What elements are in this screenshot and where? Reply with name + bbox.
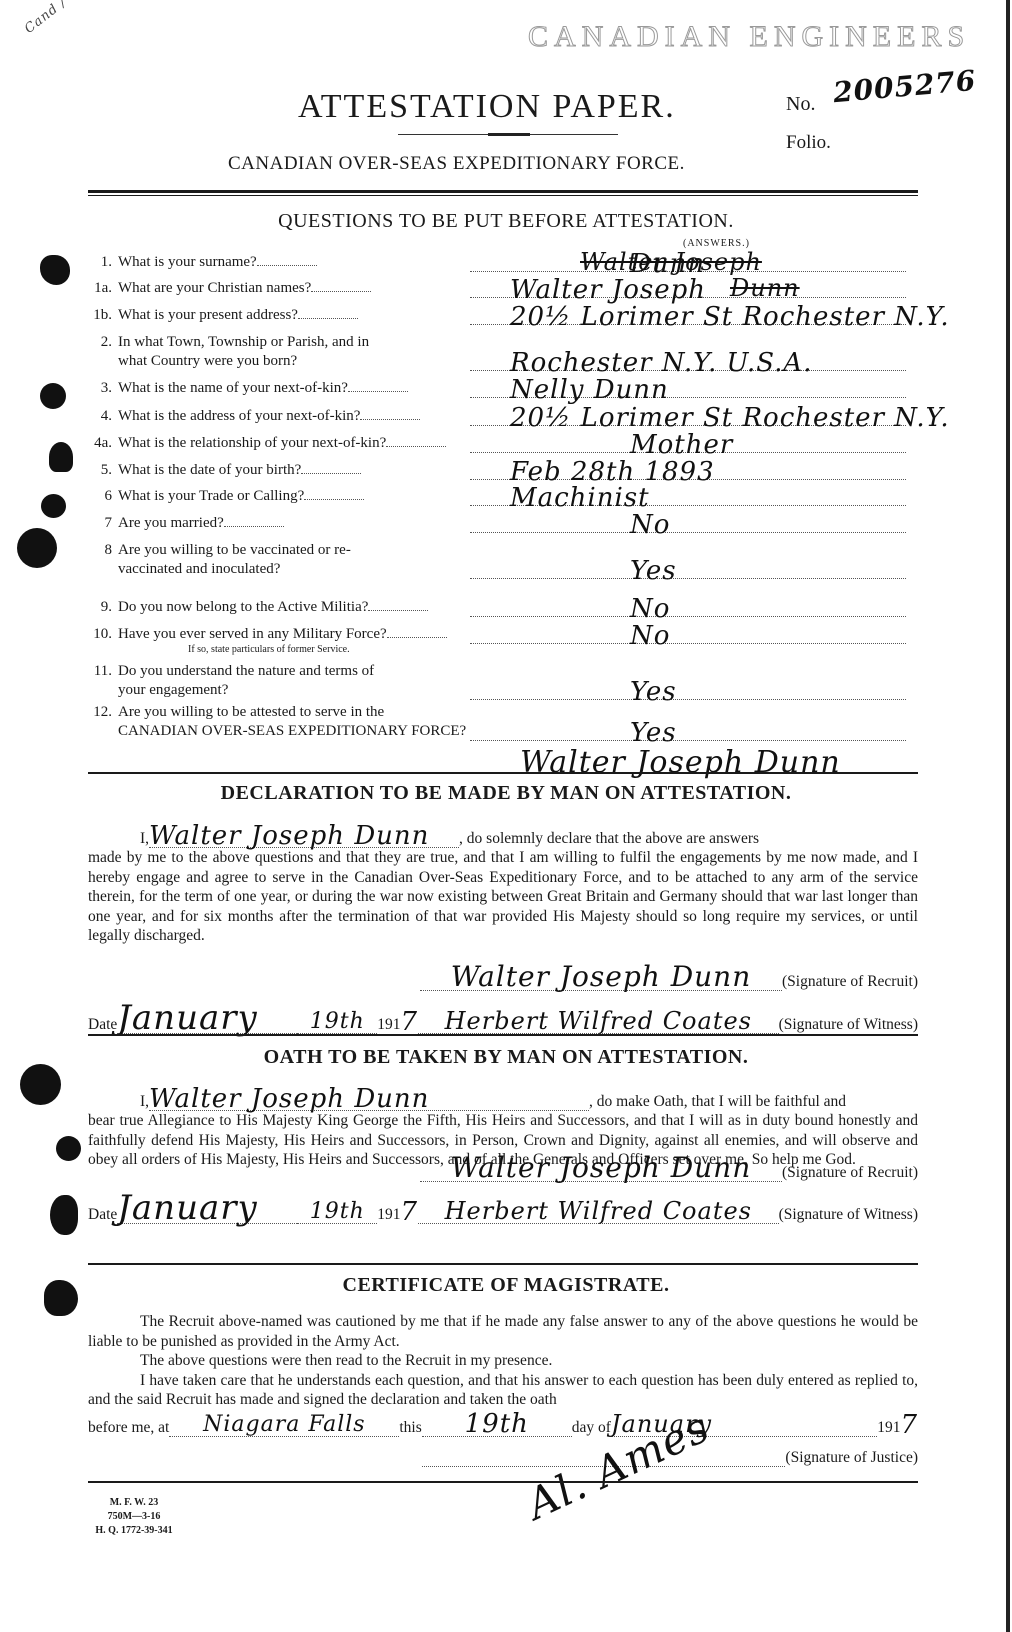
question-text: Are you willing to be attested to serve … (118, 704, 384, 720)
declaration-recruit-signature: Walter Joseph Dunn (420, 964, 782, 991)
question-number: 5. (78, 461, 112, 480)
question-text: Do you understand the nature and terms o… (118, 663, 374, 679)
question-text: Are you married? (118, 515, 224, 531)
punch-hole (49, 442, 73, 472)
answer-text: Yes (630, 724, 677, 743)
answer-text: Yes (630, 562, 677, 581)
question-row: 1a.What are your Christian names?Walter … (78, 279, 928, 298)
oath-heading: OATH TO BE TAKEN BY MAN ON ATTESTATION. (0, 1046, 1012, 1069)
question-text: What is the name of your next-of-kin? (118, 380, 348, 396)
oath-recruit-signature: Walter Joseph Dunn (420, 1155, 782, 1182)
question-number: 3. (78, 379, 112, 398)
struck-answer: Walter Joseph (580, 253, 762, 272)
question-text: What is the relationship of your next-of… (118, 435, 386, 451)
declaration-witness-signature: Herbert Wilfred Coates (418, 1009, 779, 1034)
form-code-line-2: 750M—3-16 (84, 1510, 184, 1524)
declaration-date-day: 19th (297, 1011, 377, 1034)
punch-hole (40, 255, 70, 285)
oath-date-label: Date (88, 1206, 117, 1224)
certificate-text: The Recruit above-named was cautioned by… (88, 1312, 918, 1410)
oath-rule (88, 1263, 918, 1265)
folio-label: Folio. (786, 132, 831, 154)
answer-text: Yes (630, 683, 677, 702)
declaration-date-year: 191 (377, 1016, 400, 1034)
question-number: 10. (78, 625, 112, 644)
declaration-text-rest: made by me to the above questions and th… (88, 848, 918, 946)
justice-label: (Signature of Justice) (785, 1449, 918, 1467)
this-label: this (399, 1419, 421, 1437)
punch-hole (50, 1195, 78, 1235)
question-row: 3.What is the name of your next-of-kin?N… (78, 379, 928, 398)
question-number: 1. (78, 253, 112, 272)
punch-hole (41, 494, 66, 518)
question-row: 10.Have you ever served in any Military … (78, 625, 928, 655)
punch-hole (56, 1136, 81, 1161)
question-row: 1.What is your surname?DunnWalter Joseph (78, 253, 928, 272)
answer-text: 20½ Lorimer St Rochester N.Y. (510, 409, 950, 428)
certificate-para-1: The Recruit above-named was cautioned by… (88, 1312, 918, 1351)
question-text-line-2: vaccinated and inoculated? (118, 561, 280, 577)
question-text: What is your Trade or Calling? (118, 488, 304, 504)
declaration-heading: DECLARATION TO BE MADE BY MAN ON ATTESTA… (0, 782, 1012, 805)
question-row: 2.In what Town, Township or Parish, and … (78, 333, 928, 371)
question-text: What is the date of your birth? (118, 462, 301, 478)
question-row: 11.Do you understand the nature and term… (78, 662, 928, 700)
questions-signature: Walter Joseph Dunn (520, 745, 841, 780)
question-number: 2. (78, 333, 112, 352)
oath-prefix: I, (88, 1092, 149, 1112)
struck-answer: Dunn (730, 279, 800, 298)
question-text: Have you ever served in any Military For… (118, 626, 387, 642)
document-title: ATTESTATION PAPER. (298, 88, 676, 126)
certificate-rule (88, 1481, 918, 1483)
declaration-text-first: , do solemnly declare that the above are… (459, 829, 759, 849)
answer-text: No (630, 627, 670, 646)
question-number: 1a. (78, 279, 112, 298)
certificate-year-suffix: 7 (900, 1413, 918, 1437)
declaration-rule (88, 1034, 918, 1036)
declaration-prefix: I, (88, 829, 149, 849)
question-row: 5.What is the date of your birth?Feb 28t… (78, 461, 928, 480)
question-number: 11. (78, 662, 112, 681)
oath-name: Walter Joseph Dunn (149, 1088, 589, 1111)
question-row: 1b.What is your present address?20½ Lori… (78, 306, 928, 325)
question-number: 9. (78, 598, 112, 617)
question-number: 1b. (78, 306, 112, 325)
question-text-line-2: your engagement? (118, 682, 228, 698)
declaration-date-month: January (117, 1003, 297, 1034)
question-text: Are you willing to be vaccinated or re- (118, 542, 351, 558)
before-me-label: before me, at (88, 1419, 169, 1437)
certificate-day: 19th (422, 1412, 572, 1437)
declaration-recruit-row: Walter Joseph Dunn (Signature of Recruit… (88, 964, 918, 991)
punch-hole (20, 1064, 61, 1105)
question-text-line-2: what Country were you born? (118, 353, 297, 369)
document-subtitle: CANADIAN OVER-SEAS EXPEDITIONARY FORCE. (228, 153, 685, 175)
form-code-line-1: M. F. W. 23 (84, 1496, 184, 1510)
question-note: If so, state particulars of former Servi… (78, 644, 470, 655)
header-rule (88, 190, 918, 193)
question-number: 4a. (78, 434, 112, 453)
punch-hole (17, 528, 57, 568)
certificate-para-2: The above questions were then read to th… (88, 1351, 918, 1371)
answer-text: Walter Joseph (510, 281, 706, 300)
answer-text: Feb 28th 1893 (510, 463, 715, 482)
unit-stamp: CANADIAN ENGINEERS (528, 20, 970, 54)
punch-hole (40, 383, 66, 409)
question-row: 4a.What is the relationship of your next… (78, 434, 928, 453)
form-code: M. F. W. 23 750M—3-16 H. Q. 1772-39-341 (84, 1496, 184, 1538)
question-row: 9.Do you now belong to the Active Militi… (78, 598, 928, 617)
question-row: 7Are you married?No (78, 514, 928, 533)
number-label: No. (786, 93, 815, 116)
certificate-place: Niagara Falls (169, 1414, 399, 1437)
question-text: What is your surname? (118, 254, 257, 270)
certificate-place-row: before me, at Niagara Falls this 19th da… (88, 1412, 918, 1437)
oath-witness-signature: Herbert Wilfred Coates (418, 1199, 779, 1224)
question-row: 8Are you willing to be vaccinated or re-… (78, 541, 928, 579)
question-text-line-2: CANADIAN OVER-SEAS EXPEDITIONARY FORCE? (118, 723, 466, 739)
oath-date-row: Date January 19th 191 7 Herbert Wilfred … (88, 1193, 918, 1224)
declaration-date-year-suffix: 7 (401, 1010, 419, 1034)
question-number: 6 (78, 487, 112, 506)
oath-recruit-label: (Signature of Recruit) (782, 1164, 918, 1182)
answer-text: Machinist (510, 489, 650, 508)
certificate-para-3: I have taken care that he understands ea… (88, 1371, 918, 1410)
question-number: 8 (78, 541, 112, 560)
header-rule-thin (88, 195, 918, 196)
question-row: 6What is your Trade or Calling?Machinist (78, 487, 928, 506)
declaration-witness-label: (Signature of Witness) (779, 1016, 918, 1034)
declaration-recruit-label: (Signature of Recruit) (782, 973, 918, 991)
oath-date-day: 19th (297, 1201, 377, 1224)
answer-text: 20½ Lorimer St Rochester N.Y. (510, 308, 950, 327)
answer-text: Mother (630, 436, 733, 455)
question-text: What is your present address? (118, 307, 298, 323)
answer-text: Nelly Dunn (510, 381, 669, 400)
declaration-name: Walter Joseph Dunn (149, 825, 459, 848)
declaration-date-row: Date January 19th 191 7 Herbert Wilfred … (88, 1003, 918, 1034)
oath-date-year: 191 (377, 1206, 400, 1224)
regimental-number: 2005276 (832, 64, 978, 109)
title-divider-center (488, 133, 530, 136)
margin-note: Cand / 6 Jan 17 / 13-2-17 (22, 0, 180, 37)
question-text: What are your Christian names? (118, 280, 311, 296)
oath-date-year-suffix: 7 (401, 1200, 419, 1224)
questions-rule (88, 772, 918, 774)
answer-text: No (630, 516, 670, 535)
answer-text: No (630, 600, 670, 619)
question-row: 4.What is the address of your next-of-ki… (78, 407, 928, 426)
question-text: What is the address of your next-of-kin? (118, 408, 360, 424)
question-number: 7 (78, 514, 112, 533)
question-number: 12. (78, 703, 112, 722)
question-number: 4. (78, 407, 112, 426)
questions-heading: QUESTIONS TO BE PUT BEFORE ATTESTATION. (0, 210, 1012, 233)
certificate-heading: CERTIFICATE OF MAGISTRATE. (0, 1274, 1012, 1297)
question-text: Do you now belong to the Active Militia? (118, 599, 368, 615)
scan-edge (1006, 0, 1010, 1632)
declaration-text: I, Walter Joseph Dunn , do solemnly decl… (88, 825, 918, 946)
declaration-date-label: Date (88, 1016, 117, 1034)
oath-date-month: January (117, 1193, 297, 1224)
oath-recruit-row: Walter Joseph Dunn (Signature of Recruit… (88, 1155, 918, 1182)
form-code-line-3: H. Q. 1772-39-341 (84, 1524, 184, 1538)
oath-text-first: , do make Oath, that I will be faithful … (589, 1092, 846, 1112)
oath-witness-label: (Signature of Witness) (779, 1206, 918, 1224)
answer-text: Rochester N.Y. U.S.A. (510, 354, 812, 373)
day-of-label: day of (572, 1419, 611, 1437)
question-row: 12.Are you willing to be attested to ser… (78, 703, 928, 741)
certificate-year: 191 (877, 1419, 900, 1437)
question-text: In what Town, Township or Parish, and in (118, 334, 369, 350)
